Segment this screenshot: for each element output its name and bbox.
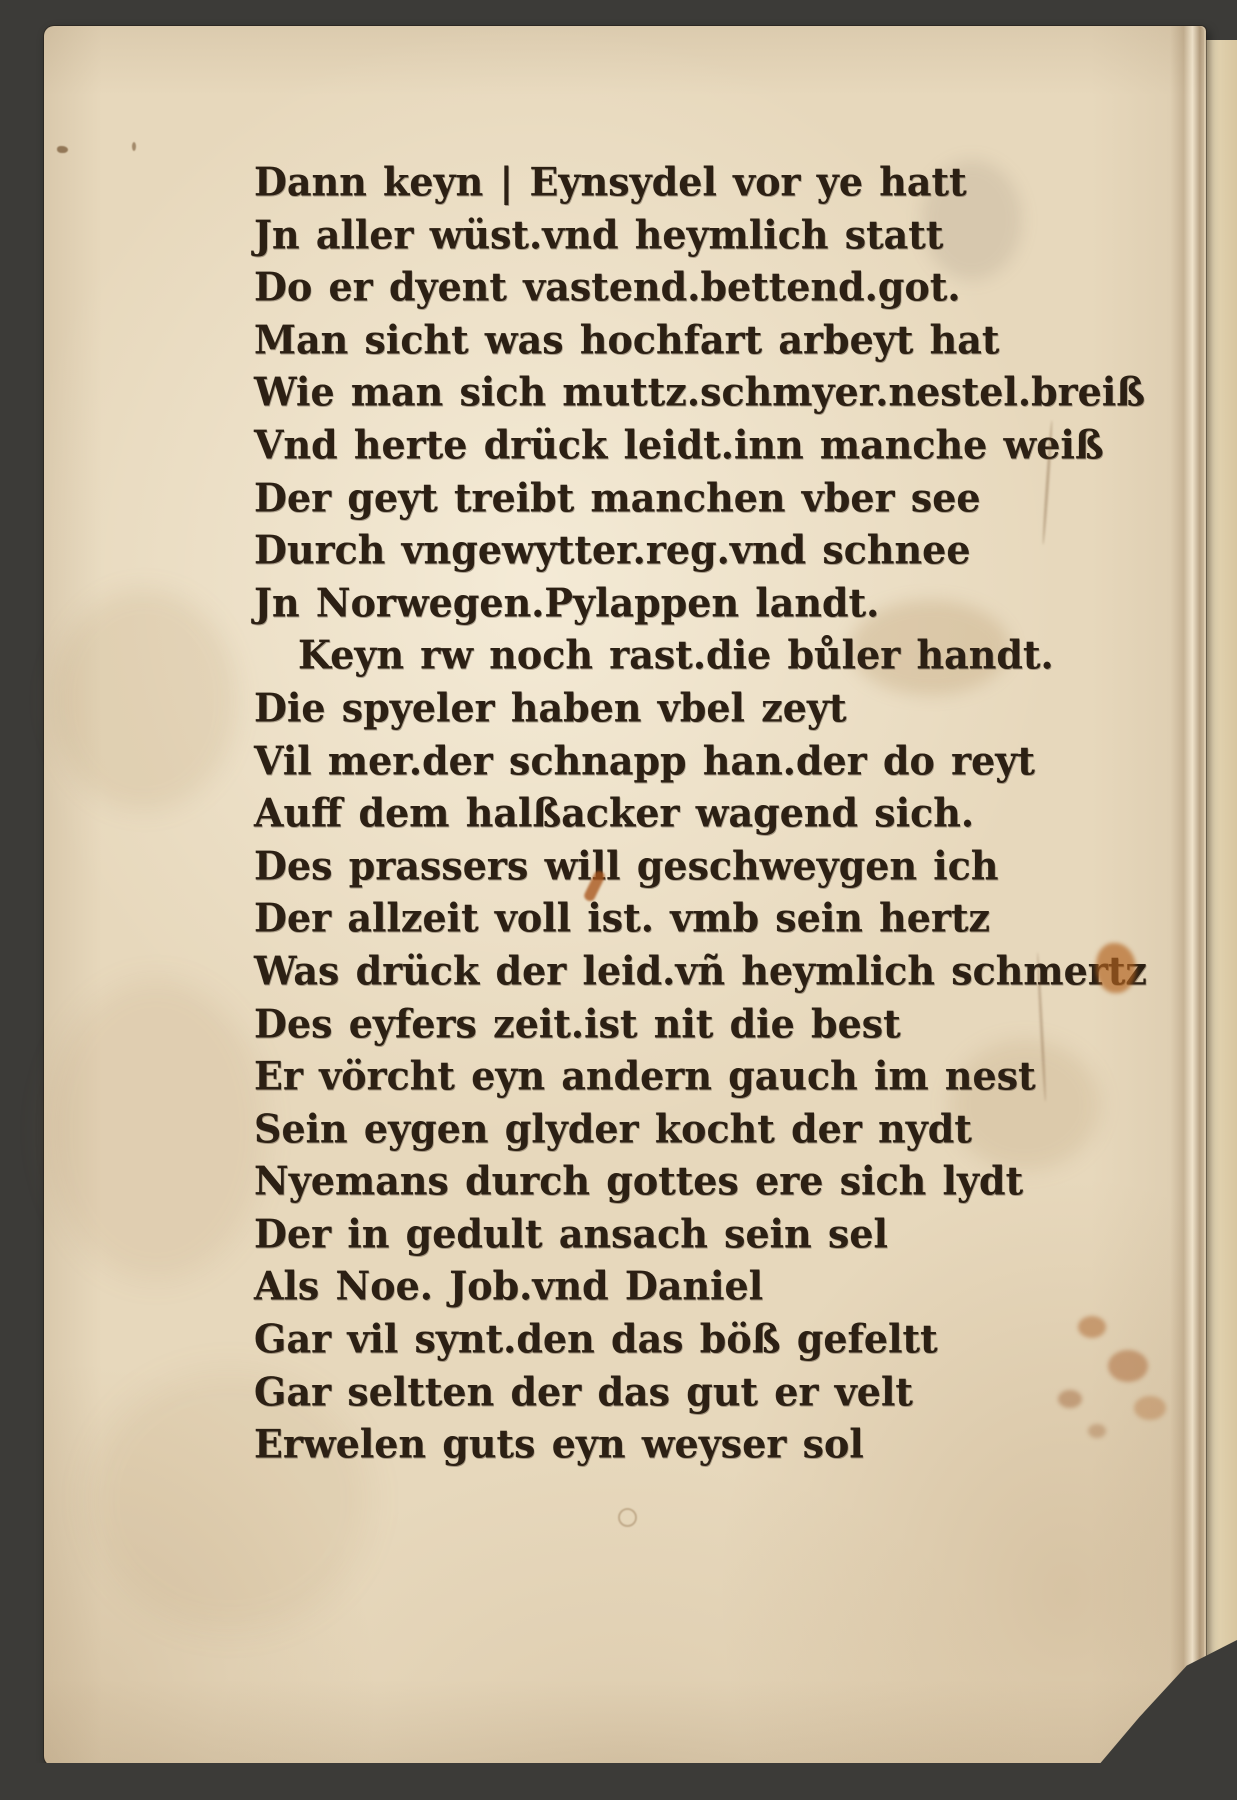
text-line: Do er dyent vastend.bettend.got. <box>254 260 1147 314</box>
text-line: Sein eygen glyder kocht der nydt <box>254 1102 1147 1156</box>
text-line: Auff dem halßacker wagend sich. <box>254 786 1147 840</box>
text-line: Der geyt treibt manchen vber see <box>254 471 1147 525</box>
text-line: Durch vngewytter.reg.vnd schnee <box>254 523 1147 577</box>
text-line: Als Noe. Job.vnd Daniel <box>254 1260 1147 1314</box>
text-line: Wie man sich muttz.schmyer.nestel.breiß <box>254 366 1147 420</box>
text-line: Nyemans durch gottes ere sich lydt <box>254 1154 1147 1208</box>
text-line: Erwelen guts eyn weyser sol <box>254 1417 1147 1471</box>
text-line: Jn aller wüst.vnd heymlich statt <box>254 208 1147 262</box>
text-line: Gar seltten der das gut er velt <box>254 1365 1147 1419</box>
text-line: Was drück der leid.vñ heymlich schmertz <box>254 944 1147 998</box>
text-line: Des eyfers zeit.ist nit die best <box>254 997 1147 1051</box>
printed-text-block: Dann keyn | Eynsydel vor ye hatt Jn alle… <box>254 156 1147 1471</box>
text-line: Dann keyn | Eynsydel vor ye hatt <box>254 155 1147 209</box>
text-line: Er vörcht eyn andern gauch im nest <box>254 1049 1147 1103</box>
book-photograph: Dann keyn | Eynsydel vor ye hatt Jn alle… <box>0 0 1237 1800</box>
text-line: Jn Norwegen.Pylappen landt. <box>254 576 1147 630</box>
background-band <box>0 1763 1237 1800</box>
text-line: Des prassers will geschweygen ich <box>254 839 1147 893</box>
text-line: Vnd herte drück leidt.inn manche weiß <box>254 418 1147 472</box>
text-line: Man sicht was hochfart arbeyt hat <box>254 313 1147 367</box>
text-line: Der allzeit voll ist. vmb sein hertz <box>254 892 1147 946</box>
text-line: Vil mer.der schnapp han.der do reyt <box>254 734 1147 788</box>
fore-edge-crease <box>1170 26 1204 1766</box>
text-line: Der in gedult ansach sein sel <box>254 1207 1147 1261</box>
text-line: Die spyeler haben vbel zeyt <box>254 681 1147 735</box>
text-line: Keyn rw noch rast.die bůler handt. <box>254 629 1147 683</box>
text-line: Gar vil synt.den das böß gefeltt <box>254 1312 1147 1366</box>
